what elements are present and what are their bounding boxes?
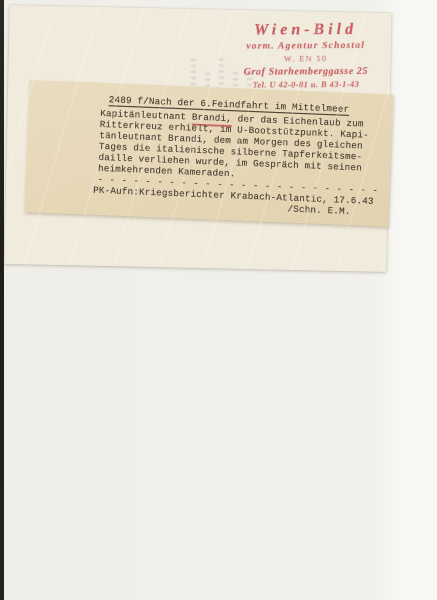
agency-former-name: vorm. Agentur Schostal: [227, 41, 385, 52]
scanner-edge-strip: [0, 0, 4, 600]
agency-name: Wien-Bild: [227, 21, 385, 40]
caption-label: 2489 f/Nach der 6.Feindfahrt im Mittelme…: [24, 80, 393, 227]
agency-district: W. EN 50: [227, 54, 385, 64]
scanned-photo-back: Wien-Bild vorm. Agentur Schostal W. EN 5…: [0, 0, 437, 600]
agency-address: Graf Starhemberggasse 25: [227, 66, 385, 78]
agency-stamp: Wien-Bild vorm. Agentur Schostal W. EN 5…: [227, 21, 385, 90]
photo-paper: Wien-Bild vorm. Agentur Schostal W. EN 5…: [4, 5, 391, 272]
